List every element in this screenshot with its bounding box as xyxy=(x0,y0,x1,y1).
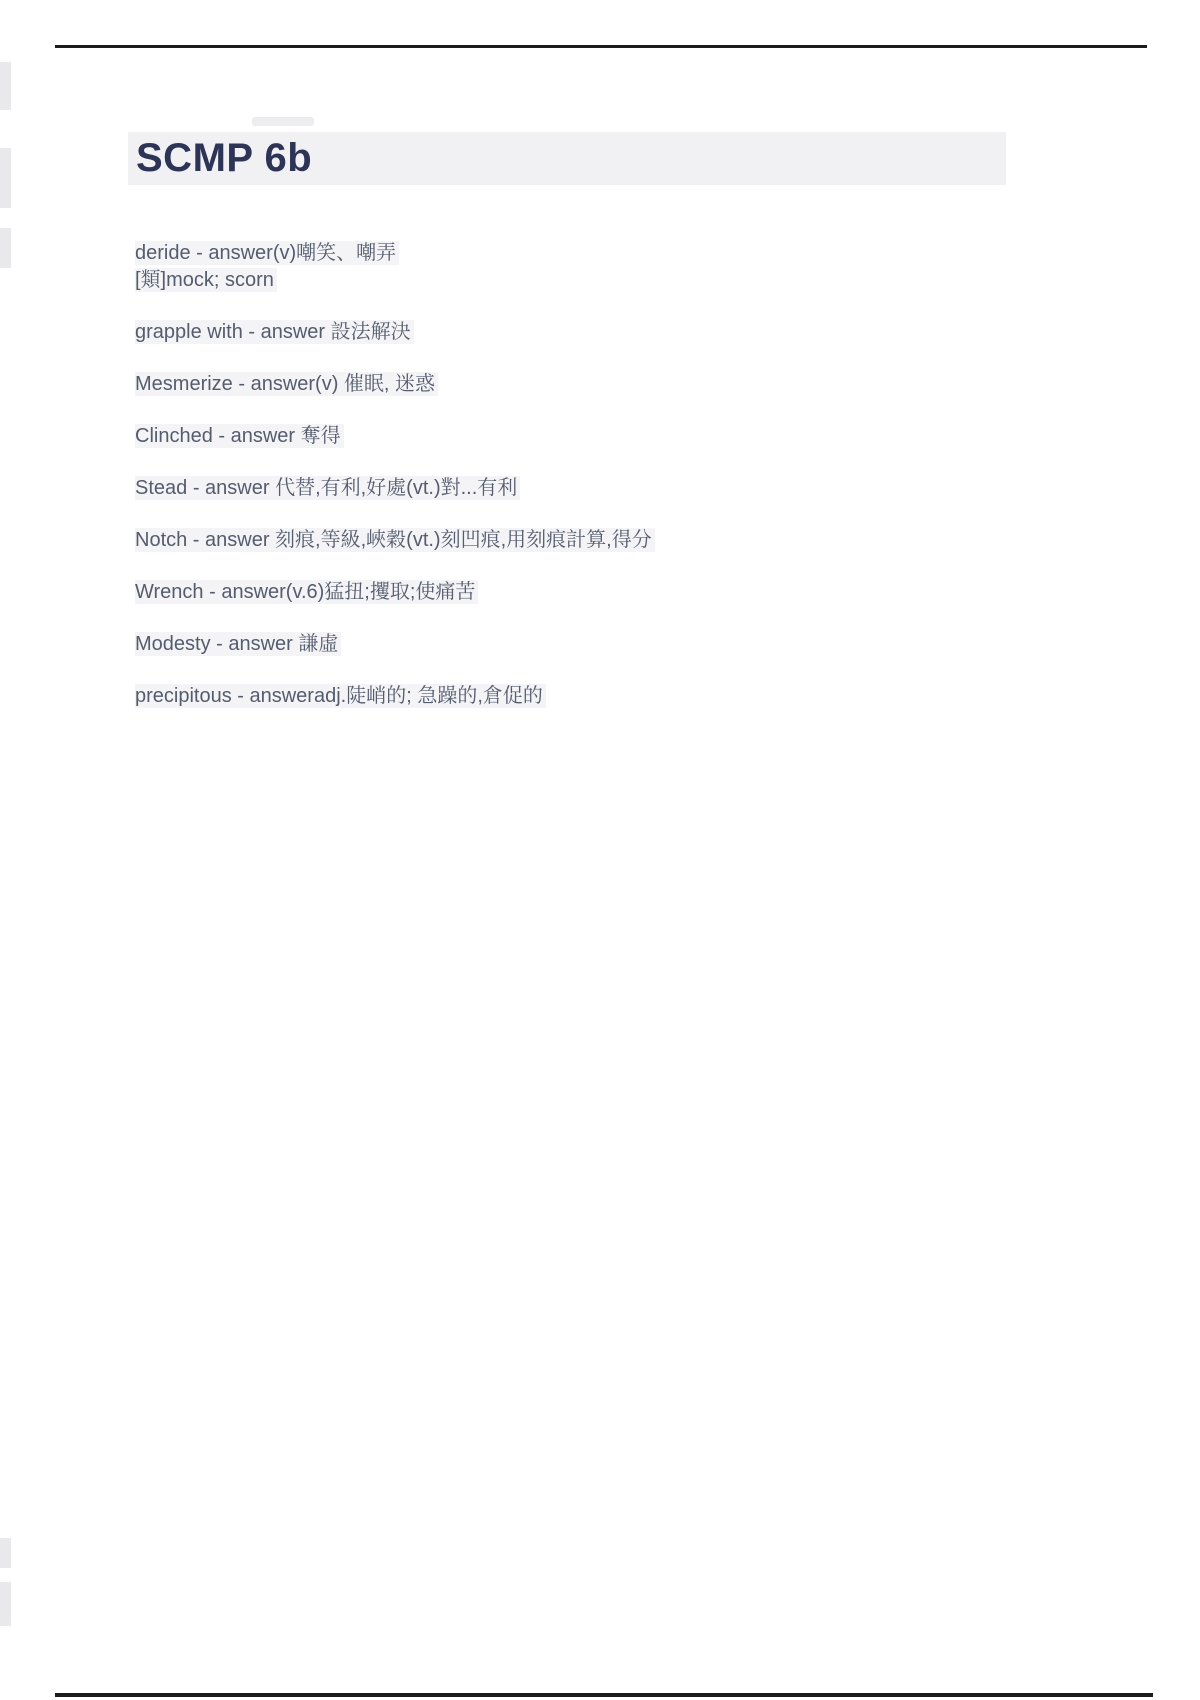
vocab-line: precipitous - answeradj.陡峭的; 急躁的,倉促的 xyxy=(135,683,1025,710)
vocab-entry: deride - answer(v)嘲笑、嘲弄 [類]mock; scorn xyxy=(135,240,1025,294)
vocab-entry: Wrench - answer(v.6)猛扭;攫取;使痛苦 xyxy=(135,579,1025,606)
vocab-entry: precipitous - answeradj.陡峭的; 急躁的,倉促的 xyxy=(135,683,1025,710)
vocab-line-text: deride - answer(v)嘲笑、嘲弄 xyxy=(135,241,399,265)
vocab-line: [類]mock; scorn xyxy=(135,267,1025,294)
top-divider xyxy=(55,45,1147,48)
vocab-entry: Mesmerize - answer(v) 催眠, 迷惑 xyxy=(135,371,1025,398)
vocab-entry: Clinched - answer 奪得 xyxy=(135,423,1025,450)
vocab-entry: Notch - answer 刻痕,等級,峽穀(vt.)刻凹痕,用刻痕計算,得分 xyxy=(135,527,1025,554)
vocab-line-text: [類]mock; scorn xyxy=(135,268,277,292)
page-edge-artifact xyxy=(0,62,11,110)
vocab-line-text: Wrench - answer(v.6)猛扭;攫取;使痛苦 xyxy=(135,580,478,604)
vocab-line-text: Modesty - answer 謙虛 xyxy=(135,632,341,656)
vocab-line: Mesmerize - answer(v) 催眠, 迷惑 xyxy=(135,371,1025,398)
vocab-entry: Modesty - answer 謙虛 xyxy=(135,631,1025,658)
vocab-line-text: precipitous - answeradj.陡峭的; 急躁的,倉促的 xyxy=(135,684,546,708)
vocab-entry: Stead - answer 代替,有利,好處(vt.)對...有利 xyxy=(135,475,1025,502)
vocab-entry: grapple with - answer 設法解決 xyxy=(135,319,1025,346)
vocab-line: Notch - answer 刻痕,等級,峽穀(vt.)刻凹痕,用刻痕計算,得分 xyxy=(135,527,1025,554)
vocab-line: Clinched - answer 奪得 xyxy=(135,423,1025,450)
vocab-line: deride - answer(v)嘲笑、嘲弄 xyxy=(135,240,1025,267)
page-edge-artifact xyxy=(0,1538,11,1568)
page-edge-artifact xyxy=(0,148,11,208)
page-edge-artifact xyxy=(0,1582,11,1626)
page-title: SCMP 6b xyxy=(136,136,312,181)
title-bar: SCMP 6b xyxy=(128,132,1006,185)
page-edge-artifact xyxy=(0,228,11,268)
vocab-line: Modesty - answer 謙虛 xyxy=(135,631,1025,658)
vocab-line-text: Clinched - answer 奪得 xyxy=(135,424,344,448)
vocab-line-text: Stead - answer 代替,有利,好處(vt.)對...有利 xyxy=(135,476,520,500)
vocab-line-text: Mesmerize - answer(v) 催眠, 迷惑 xyxy=(135,372,438,396)
vocab-line-text: Notch - answer 刻痕,等級,峽穀(vt.)刻凹痕,用刻痕計算,得分 xyxy=(135,528,655,552)
bottom-divider xyxy=(55,1693,1153,1697)
vocab-line: grapple with - answer 設法解決 xyxy=(135,319,1025,346)
page-smudge xyxy=(252,117,314,126)
vocab-line: Stead - answer 代替,有利,好處(vt.)對...有利 xyxy=(135,475,1025,502)
vocab-line-text: grapple with - answer 設法解決 xyxy=(135,320,414,344)
document-page: SCMP 6b deride - answer(v)嘲笑、嘲弄 [類]mock;… xyxy=(0,0,1200,1700)
vocab-list: deride - answer(v)嘲笑、嘲弄 [類]mock; scorn g… xyxy=(135,240,1025,735)
vocab-line: Wrench - answer(v.6)猛扭;攫取;使痛苦 xyxy=(135,579,1025,606)
